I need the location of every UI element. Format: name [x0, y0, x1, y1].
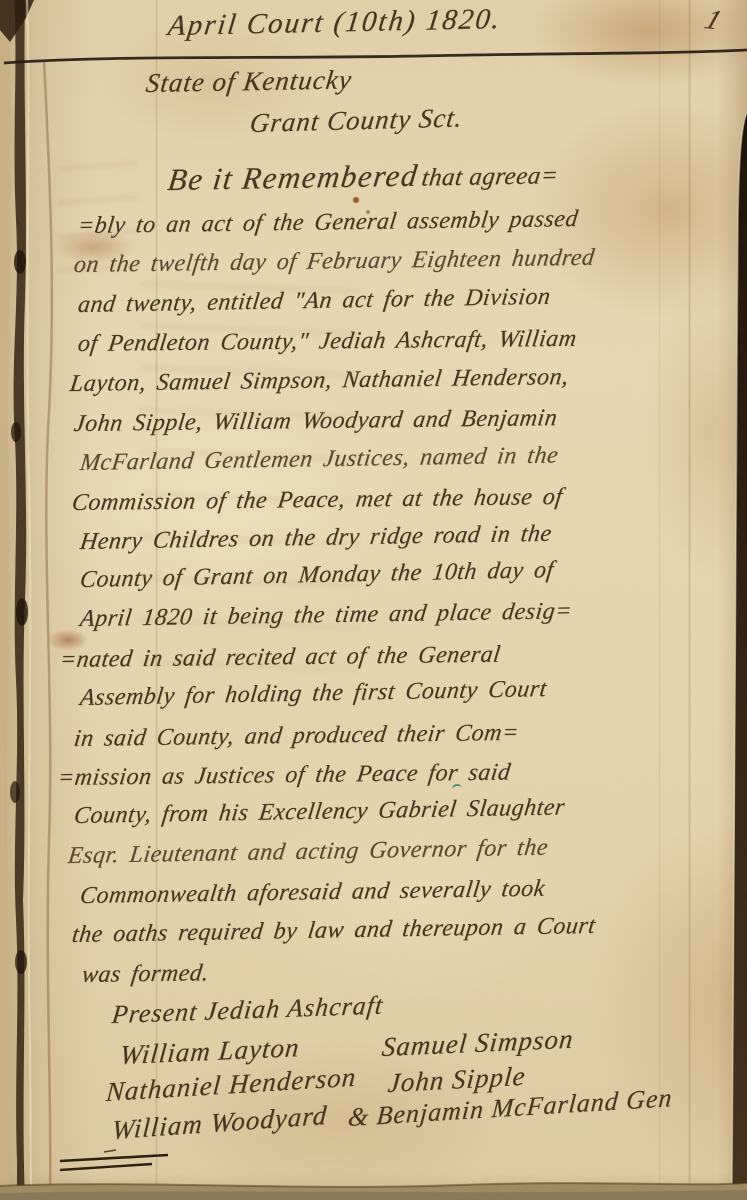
manuscript-page: April Court (10th) 1820. 1 State of Kent… [0, 0, 747, 1200]
manuscript-line: Commonwealth aforesaid and severally too… [78, 876, 546, 910]
binding-edge [0, 0, 80, 1200]
manuscript-line: John Sipple, William Woodyard and Benjam… [72, 405, 559, 438]
manuscript-line: Henry Childres on the dry ridge road in … [78, 521, 553, 556]
manuscript-line: and twenty, entitled "An act for the Div… [76, 284, 552, 319]
manuscript-line: Commission of the Peace, met at the hous… [70, 484, 564, 517]
present-name: William Layton [118, 1032, 301, 1071]
present-line: Present Jediah Ashcraft [110, 990, 384, 1030]
heading-state: State of Kentucky [144, 64, 354, 99]
manuscript-line: on the twelfth day of February Eighteen … [72, 245, 596, 279]
manuscript-line: County of Grant on Monday the 10th day o… [78, 557, 555, 594]
manuscript-line: Layton, Samuel Simpson, Nathaniel Hender… [68, 364, 570, 398]
page-number: 1 [700, 5, 725, 37]
manuscript-opening-line: Be it Remembered that agreea= [166, 155, 561, 198]
manuscript-line: Esqr. Lieutenant and acting Governor for… [66, 835, 549, 870]
manuscript-line: Assembly for holding the first County Co… [78, 676, 548, 712]
manuscript-line: of Pendleton County," Jediah Ashcraft, W… [76, 326, 578, 358]
teal-ink-mark [451, 783, 462, 793]
heading-county: Grant County Sct. [248, 102, 464, 139]
manuscript-line: =bly to an act of the General assembly p… [76, 206, 579, 240]
opening-small-text: that agreea= [420, 162, 560, 191]
manuscript-line: April 1820 it being the time and place d… [78, 598, 573, 633]
manuscript-line: in said County, and produced their Com= [72, 720, 520, 753]
manuscript-line: McFarland Gentlemen Justices, named in t… [78, 442, 560, 477]
present-name: William Woodyard [111, 1100, 328, 1146]
fold-line [688, 0, 691, 1200]
manuscript-line: =nated in said recited act of the Genera… [58, 642, 502, 674]
manuscript-line: was formed. [80, 960, 210, 989]
manuscript-line: County, from his Excellency Gabriel Slau… [72, 794, 566, 830]
manuscript-line: =mission as Justices of the Peace for sa… [56, 759, 512, 792]
fold-line [658, 0, 661, 1200]
present-name: Samuel Simpson [380, 1024, 575, 1064]
page-header-title: April Court (10th) 1820. [166, 3, 503, 43]
opening-large-text: Be it Remembered [166, 158, 420, 197]
manuscript-line: the oaths required by law and thereupon … [70, 913, 597, 949]
